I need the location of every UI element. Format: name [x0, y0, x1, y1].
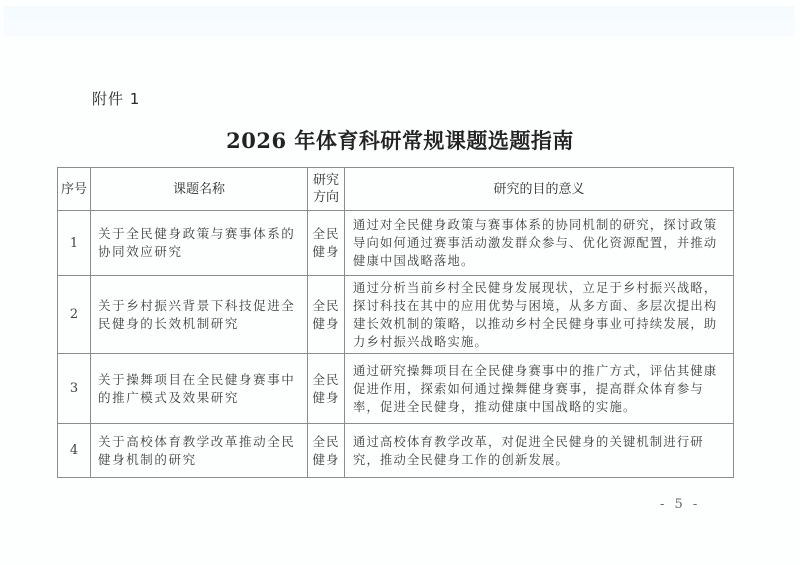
table-header-row: 序号 课题名称 研究方向 研究的目的意义 — [58, 168, 734, 211]
table-row: 2 关于乡村振兴背景下科技促进全民健身的长效机制研究 全民健身 通过分析当前乡村… — [58, 276, 734, 354]
row-no: 1 — [58, 211, 91, 276]
row-research-aim: 通过高校体育教学改革，对促进全民健身的关键机制进行研究，推动全民健身工作的创新发… — [345, 424, 734, 478]
row-no: 2 — [58, 276, 91, 354]
table-row: 4 关于高校体育教学改革推动全民健身机制的研究 全民健身 通过高校体育教学改革，… — [58, 424, 734, 478]
table-row: 1 关于全民健身政策与赛事体系的协同效应研究 全民健身 通过对全民健身政策与赛事… — [58, 211, 734, 276]
table-row: 3 关于操舞项目在全民健身赛事中的推广模式及效果研究 全民健身 通过研究操舞项目… — [58, 354, 734, 424]
row-research-direction: 全民健身 — [308, 211, 345, 276]
document-page: 附件 1 2026 年体育科研常规课题选题指南 序号 课题名称 研究方向 研究的… — [0, 0, 800, 565]
row-topic-name: 关于高校体育教学改革推动全民健身机制的研究 — [91, 424, 308, 478]
row-research-aim: 通过对全民健身政策与赛事体系的协同机制的研究，探讨政策导向如何通过赛事活动激发群… — [345, 211, 734, 276]
row-research-direction: 全民健身 — [308, 424, 345, 478]
page-number: - 5 - — [660, 497, 700, 512]
header-no: 序号 — [58, 168, 91, 211]
row-no: 4 — [58, 424, 91, 478]
row-research-direction: 全民健身 — [308, 354, 345, 424]
row-topic-name: 关于全民健身政策与赛事体系的协同效应研究 — [91, 211, 308, 276]
header-topic-name: 课题名称 — [91, 168, 308, 211]
row-topic-name: 关于乡村振兴背景下科技促进全民健身的长效机制研究 — [91, 276, 308, 354]
row-research-aim: 通过研究操舞项目在全民健身赛事中的推广方式，评估其健康促进作用，探索如何通过操舞… — [345, 354, 734, 424]
row-research-direction: 全民健身 — [308, 276, 345, 354]
header-research-direction: 研究方向 — [308, 168, 345, 211]
row-topic-name: 关于操舞项目在全民健身赛事中的推广模式及效果研究 — [91, 354, 308, 424]
topic-guide-table: 序号 课题名称 研究方向 研究的目的意义 1 关于全民健身政策与赛事体系的协同效… — [57, 167, 734, 478]
row-no: 3 — [58, 354, 91, 424]
row-research-aim: 通过分析当前乡村全民健身发展现状，立足于乡村振兴战略，探讨科技在其中的应用优势与… — [345, 276, 734, 354]
document-title: 2026 年体育科研常规课题选题指南 — [0, 125, 800, 155]
attachment-label: 附件 1 — [92, 88, 140, 109]
header-research-aim: 研究的目的意义 — [345, 168, 734, 211]
